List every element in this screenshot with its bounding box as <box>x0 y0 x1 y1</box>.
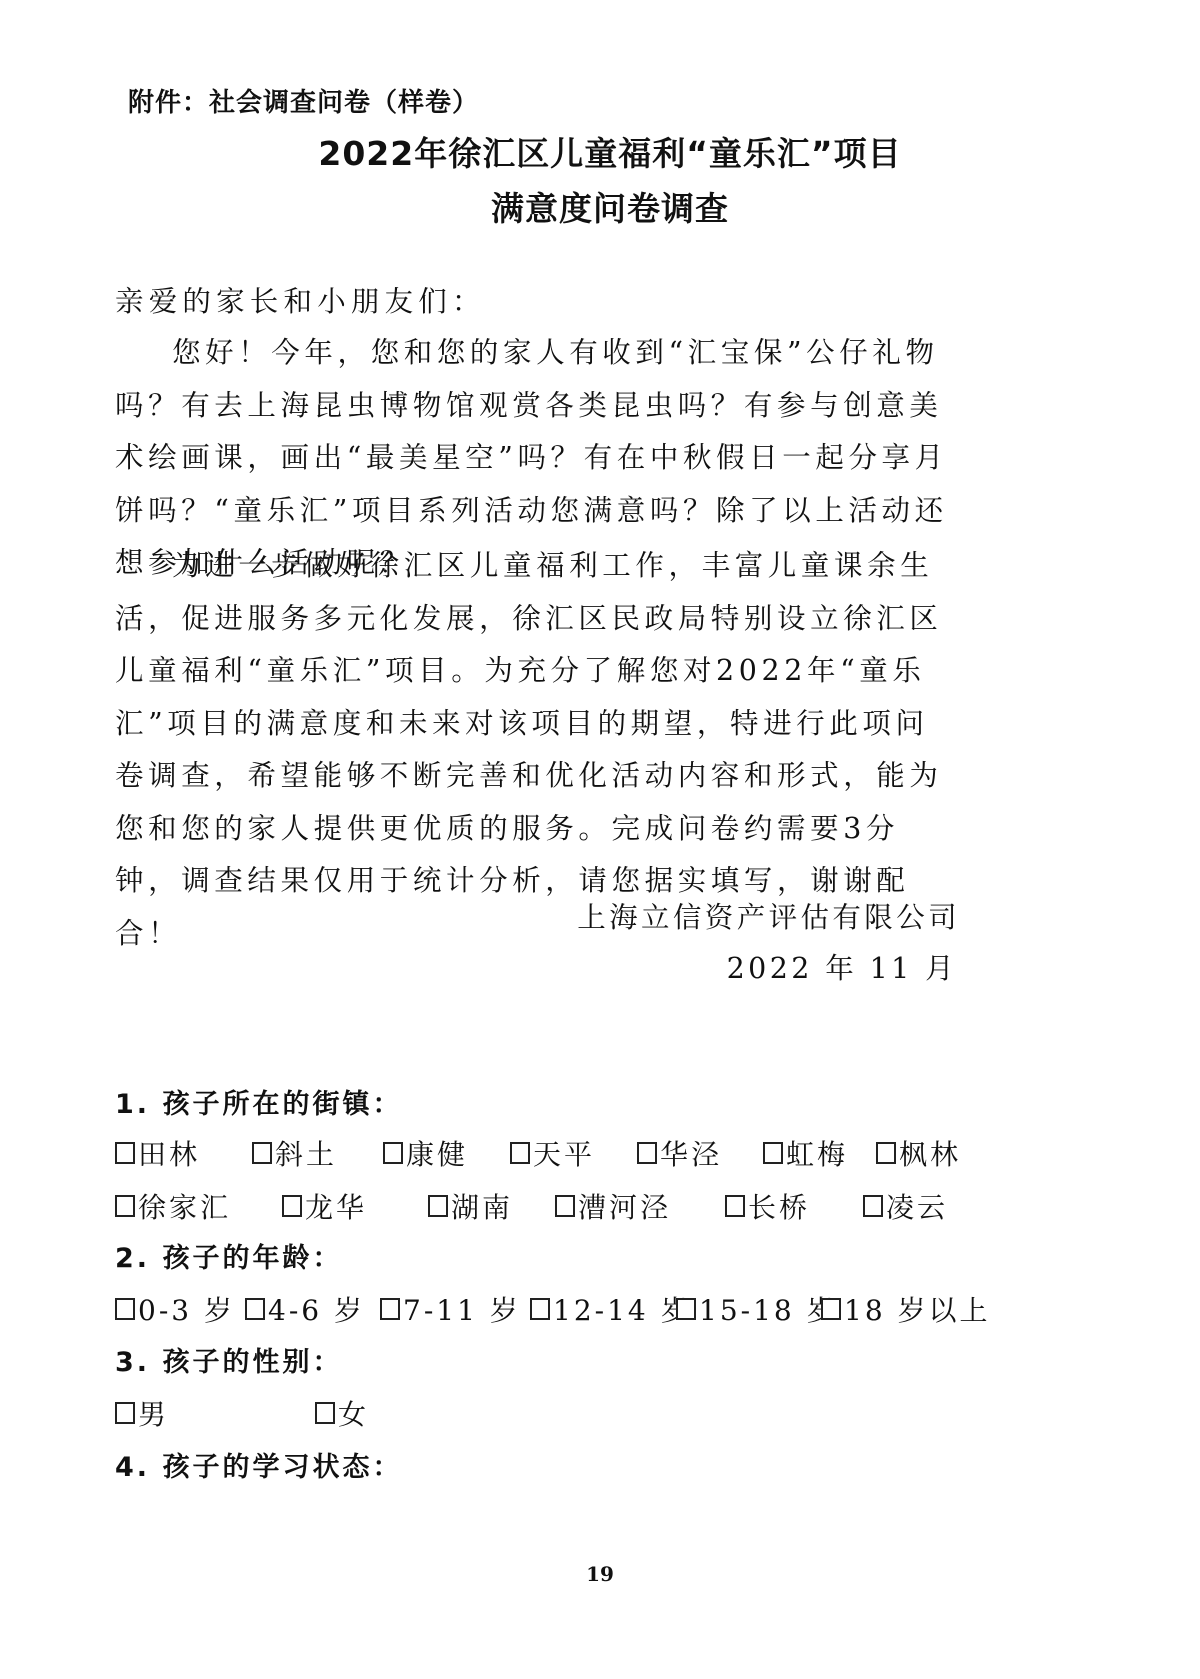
question-3-label: 3. 孩子的性别： <box>115 1340 342 1379</box>
option-age-15-18[interactable]: 15-18 岁 <box>676 1289 838 1329</box>
checkbox[interactable] <box>115 1142 135 1164</box>
option-caohejing[interactable]: 漕河泾 <box>555 1186 671 1226</box>
option-female[interactable]: 女 <box>315 1393 369 1433</box>
attachment-label: 附件：社会调查问卷（样卷） <box>128 82 479 119</box>
checkbox[interactable] <box>863 1195 883 1217</box>
document-date: 2022 年 11 月 <box>727 946 957 987</box>
document-subtitle: 满意度问卷调查 <box>10 183 1200 230</box>
checkbox[interactable] <box>510 1142 530 1164</box>
option-xietu[interactable]: 斜土 <box>252 1133 337 1173</box>
option-tianlin[interactable]: 田林 <box>115 1133 200 1173</box>
option-longhua[interactable]: 龙华 <box>282 1186 367 1226</box>
checkbox[interactable] <box>876 1142 896 1164</box>
option-age-7-11[interactable]: 7-11 岁 <box>380 1289 521 1329</box>
option-kangjian[interactable]: 康健 <box>383 1133 468 1173</box>
checkbox[interactable] <box>383 1142 403 1164</box>
document-title: 2022年徐汇区儿童福利“童乐汇”项目 <box>10 128 1200 175</box>
checkbox[interactable] <box>676 1298 696 1320</box>
option-hongmei[interactable]: 虹梅 <box>763 1133 848 1173</box>
checkbox[interactable] <box>725 1195 745 1217</box>
checkbox[interactable] <box>115 1402 135 1424</box>
document-page: 附件：社会调查问卷（样卷） 2022年徐汇区儿童福利“童乐汇”项目 满意度问卷调… <box>0 0 1200 1679</box>
option-changqiao[interactable]: 长桥 <box>725 1186 810 1226</box>
option-huajing[interactable]: 华泾 <box>637 1133 722 1173</box>
checkbox[interactable] <box>380 1298 400 1320</box>
option-tianping[interactable]: 天平 <box>510 1133 595 1173</box>
option-age-0-3[interactable]: 0-3 岁 <box>115 1289 235 1329</box>
page-number: 19 <box>0 1562 1200 1586</box>
checkbox[interactable] <box>115 1195 135 1217</box>
checkbox[interactable] <box>763 1142 783 1164</box>
option-lingyun[interactable]: 凌云 <box>863 1186 948 1226</box>
question-1-label: 1. 孩子所在的街镇： <box>115 1082 402 1121</box>
checkbox[interactable] <box>821 1298 841 1320</box>
option-fenglin[interactable]: 枫林 <box>876 1133 961 1173</box>
option-xujiahui[interactable]: 徐家汇 <box>115 1186 231 1226</box>
question-4-label: 4. 孩子的学习状态： <box>115 1445 402 1484</box>
checkbox[interactable] <box>637 1142 657 1164</box>
option-age-18-plus[interactable]: 18 岁以上 <box>821 1289 991 1329</box>
checkbox[interactable] <box>530 1298 550 1320</box>
option-hunan[interactable]: 湖南 <box>428 1186 513 1226</box>
checkbox[interactable] <box>315 1402 335 1424</box>
option-age-12-14[interactable]: 12-14 岁 <box>530 1289 692 1329</box>
option-male[interactable]: 男 <box>115 1393 169 1433</box>
greeting: 亲爱的家长和小朋友们： <box>115 276 1115 328</box>
checkbox[interactable] <box>252 1142 272 1164</box>
checkbox[interactable] <box>282 1195 302 1217</box>
checkbox[interactable] <box>428 1195 448 1217</box>
question-2-label: 2. 孩子的年龄： <box>115 1236 342 1275</box>
checkbox[interactable] <box>555 1195 575 1217</box>
company-name: 上海立信资产评估有限公司 <box>577 895 960 936</box>
checkbox[interactable] <box>245 1298 265 1320</box>
option-age-4-6[interactable]: 4-6 岁 <box>245 1289 365 1329</box>
checkbox[interactable] <box>115 1298 135 1320</box>
